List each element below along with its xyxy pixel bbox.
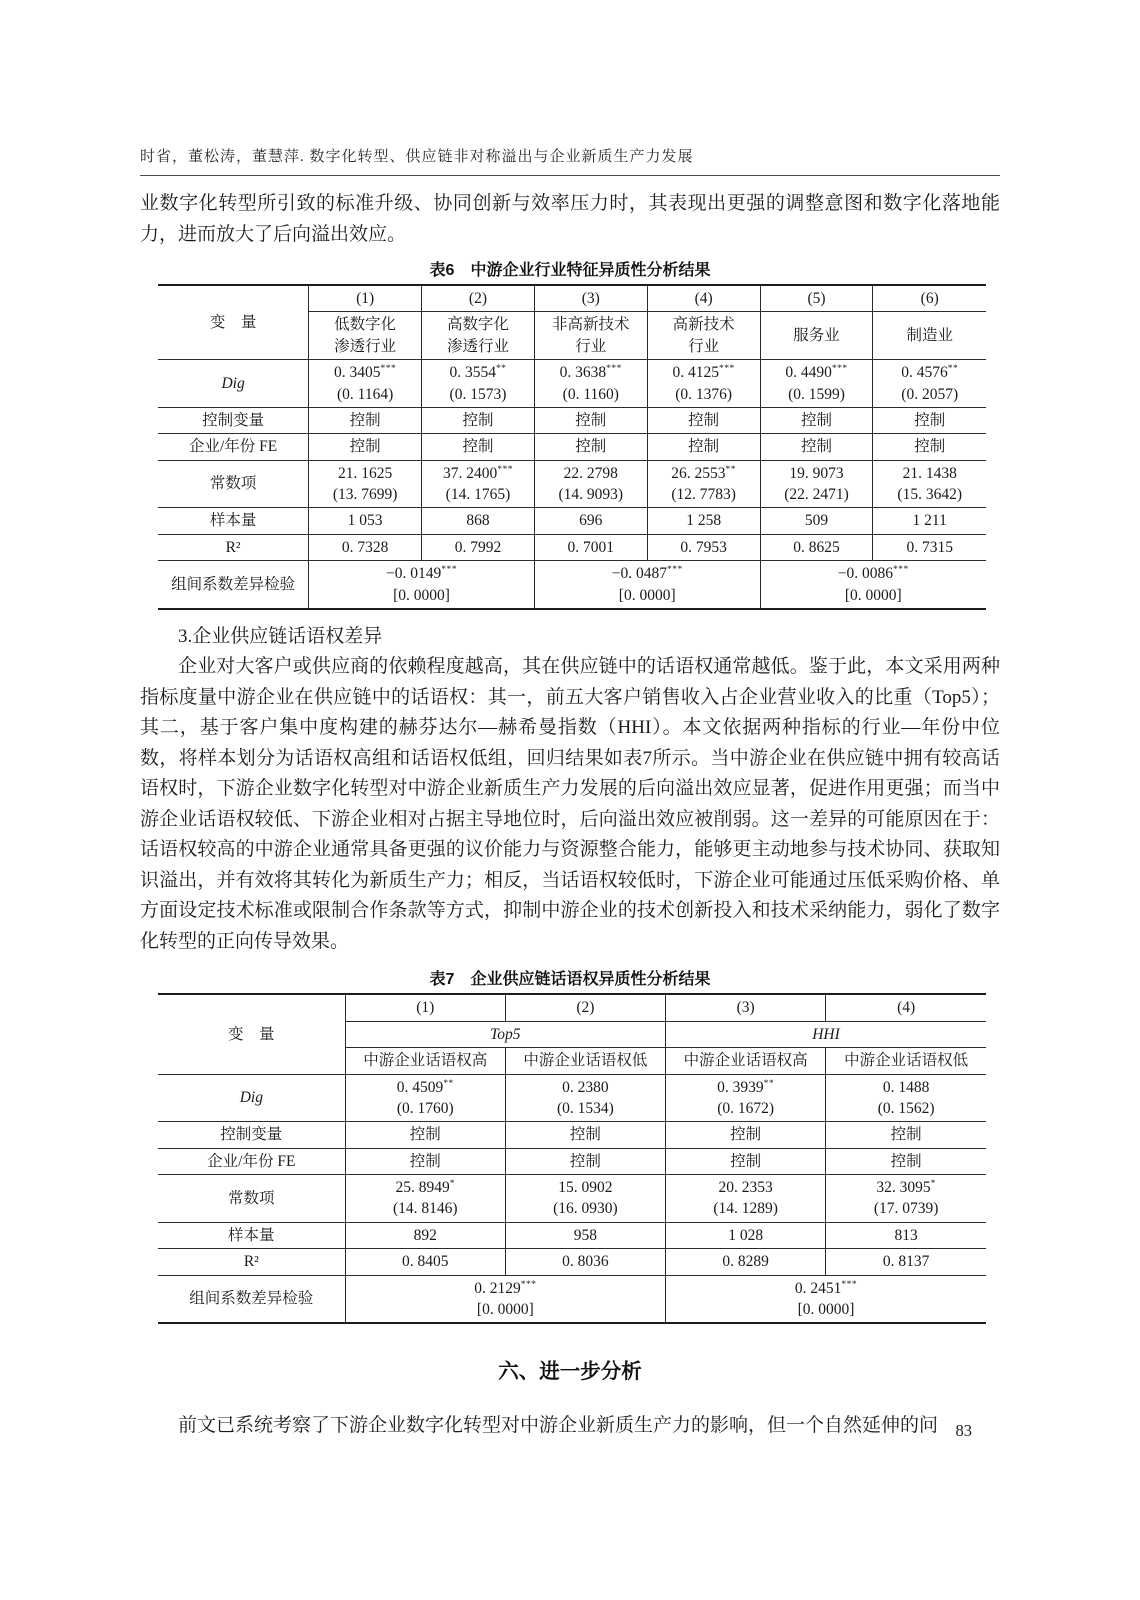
paper-page: 时省，董松涛，董慧萍. 数字化转型、供应链非对称溢出与企业新质生产力发展 业数字… <box>0 0 1140 1600</box>
table-cell: 控制 <box>309 434 422 460</box>
text-column: 时省，董松涛，董慧萍. 数字化转型、供应链非对称溢出与企业新质生产力发展 业数字… <box>140 145 1000 1442</box>
table-cell: 0. 4125***(0. 1376) <box>647 360 760 408</box>
table-cell: 0. 2451***[0. 0000] <box>666 1275 986 1323</box>
table-cell: 892 <box>345 1222 505 1248</box>
table-header-cell: 高数字化 渗透行业 <box>422 312 535 360</box>
closing-paragraph: 前文已系统考察了下游企业数字化转型对中游企业新质生产力的影响，但一个自然延伸的问 <box>140 1411 1000 1442</box>
row-label: Dig <box>158 1074 345 1122</box>
table-cell: 0. 8137 <box>826 1249 986 1275</box>
row-label: R² <box>158 1249 345 1275</box>
table-cell: −0. 0149***[0. 0000] <box>309 561 535 609</box>
table-cell: 868 <box>422 508 535 534</box>
table-cell: 21. 1625(13. 7699) <box>309 460 422 508</box>
table-cell: 控制 <box>505 1122 665 1148</box>
table-cell: 0. 8289 <box>666 1249 826 1275</box>
row-label: 常数项 <box>158 460 309 508</box>
table-cell: 19. 9073(22. 2471) <box>760 460 873 508</box>
table-cell: 0. 3554**(0. 1573) <box>422 360 535 408</box>
table-cell: 控制 <box>826 1148 986 1174</box>
table-cell: 0. 3405***(0. 1164) <box>309 360 422 408</box>
table-cell: 控制 <box>760 407 873 433</box>
row-label: 企业/年份 FE <box>158 1148 345 1174</box>
table-header-cell: 非高新技术 行业 <box>534 312 647 360</box>
table-cell: 0. 4576**(0. 2057) <box>873 360 986 408</box>
table-cell: 控制 <box>422 407 535 433</box>
table-header-cell: 中游企业话语权低 <box>826 1048 986 1074</box>
table-header-cell: (3) <box>666 994 826 1021</box>
row-label: 控制变量 <box>158 407 309 433</box>
table-cell: 37. 2400***(14. 1765) <box>422 460 535 508</box>
table-cell: 控制 <box>505 1148 665 1174</box>
paragraph-body: 企业对大客户或供应商的依赖程度越高，其在供应链中的话语权通常越低。鉴于此，本文采… <box>140 652 1000 957</box>
table-header-cell: (2) <box>505 994 665 1021</box>
table-header-cell: 变 量 <box>158 994 345 1074</box>
row-label: 控制变量 <box>158 1122 345 1148</box>
table-cell: 1 028 <box>666 1222 826 1248</box>
table-cell: 813 <box>826 1222 986 1248</box>
table-header-cell: (5) <box>760 285 873 312</box>
table-header-cell: (4) <box>647 285 760 312</box>
table-cell: 控制 <box>345 1148 505 1174</box>
table-cell: 控制 <box>666 1148 826 1174</box>
table-header-cell: 服务业 <box>760 312 873 360</box>
table-cell: 控制 <box>345 1122 505 1148</box>
table-cell: 0. 7001 <box>534 534 647 560</box>
table-header-cell: 变 量 <box>158 285 309 360</box>
section-heading: 六、进一步分析 <box>140 1354 1000 1384</box>
table-cell: 控制 <box>534 407 647 433</box>
table-cell: 0. 7992 <box>422 534 535 560</box>
table-cell: 控制 <box>826 1122 986 1148</box>
table-header-cell: (2) <box>422 285 535 312</box>
table-header-cell: Top5 <box>345 1021 665 1047</box>
table-cell: 0. 7953 <box>647 534 760 560</box>
row-label: 样本量 <box>158 1222 345 1248</box>
table-cell: 控制 <box>760 434 873 460</box>
table-cell: 0. 4490***(0. 1599) <box>760 360 873 408</box>
table-cell: 控制 <box>422 434 535 460</box>
row-label: 组间系数差异检验 <box>158 561 309 609</box>
table6: 变 量(1)(2)(3)(4)(5)(6)低数字化 渗透行业高数字化 渗透行业非… <box>158 284 986 610</box>
table-cell: 控制 <box>647 407 760 433</box>
table-header-cell: 中游企业话语权高 <box>345 1048 505 1074</box>
table6-caption: 表6 中游企业行业特征异质性分析结果 <box>140 257 1000 280</box>
table-cell: 0. 3939**(0. 1672) <box>666 1074 826 1122</box>
page-number: 83 <box>956 1421 973 1441</box>
table-cell: 22. 2798(14. 9093) <box>534 460 647 508</box>
table-cell: 0. 3638***(0. 1160) <box>534 360 647 408</box>
table-cell: 0. 8036 <box>505 1249 665 1275</box>
table7-caption: 表7 企业供应链话语权异质性分析结果 <box>140 966 1000 989</box>
table-cell: 0. 8625 <box>760 534 873 560</box>
table-cell: 0. 8405 <box>345 1249 505 1275</box>
table-cell: 696 <box>534 508 647 534</box>
table-cell: 控制 <box>647 434 760 460</box>
table-cell: 958 <box>505 1222 665 1248</box>
table-header-cell: (4) <box>826 994 986 1021</box>
table-cell: 控制 <box>873 434 986 460</box>
table-header-cell: 中游企业话语权低 <box>505 1048 665 1074</box>
row-label: 常数项 <box>158 1175 345 1223</box>
table-cell: 0. 4509**(0. 1760) <box>345 1074 505 1122</box>
row-label: 企业/年份 FE <box>158 434 309 460</box>
table-cell: 1 258 <box>647 508 760 534</box>
paragraph-intro: 业数字化转型所引致的标准升级、协同创新与效率压力时，其表现出更强的调整意图和数字… <box>140 189 1000 250</box>
table-cell: 20. 2353(14. 1289) <box>666 1175 826 1223</box>
row-label: R² <box>158 534 309 560</box>
table-cell: 1 053 <box>309 508 422 534</box>
table-header-cell: HHI <box>666 1021 986 1047</box>
table-header-cell: (6) <box>873 285 986 312</box>
table-cell: 32. 3095*(17. 0739) <box>826 1175 986 1223</box>
table-cell: 15. 0902(16. 0930) <box>505 1175 665 1223</box>
table-cell: 0. 1488(0. 1562) <box>826 1074 986 1122</box>
table-cell: 0. 7328 <box>309 534 422 560</box>
row-label: 组间系数差异检验 <box>158 1275 345 1323</box>
table-cell: 1 211 <box>873 508 986 534</box>
table-header-cell: 高新技术 行业 <box>647 312 760 360</box>
table-cell: 0. 2129***[0. 0000] <box>345 1275 665 1323</box>
table-cell: 0. 7315 <box>873 534 986 560</box>
subsection-title: 3.企业供应链话语权差异 <box>140 622 1000 653</box>
table-cell: −0. 0086***[0. 0000] <box>760 561 986 609</box>
running-header: 时省，董松涛，董慧萍. 数字化转型、供应链非对称溢出与企业新质生产力发展 <box>140 145 1000 176</box>
table-cell: 26. 2553**(12. 7783) <box>647 460 760 508</box>
table-header-cell: 制造业 <box>873 312 986 360</box>
table-header-cell: 中游企业话语权高 <box>666 1048 826 1074</box>
table-header-cell: (1) <box>345 994 505 1021</box>
table7: 变 量(1)(2)(3)(4)Top5HHI中游企业话语权高中游企业话语权低中游… <box>158 993 986 1324</box>
table-cell: 0. 2380(0. 1534) <box>505 1074 665 1122</box>
table-header-cell: (1) <box>309 285 422 312</box>
table-cell: 21. 1438(15. 3642) <box>873 460 986 508</box>
table-cell: 控制 <box>873 407 986 433</box>
table-cell: −0. 0487***[0. 0000] <box>534 561 760 609</box>
table-cell: 控制 <box>666 1122 826 1148</box>
table-cell: 509 <box>760 508 873 534</box>
row-label: Dig <box>158 360 309 408</box>
table-header-cell: (3) <box>534 285 647 312</box>
table-cell: 25. 8949*(14. 8146) <box>345 1175 505 1223</box>
table-cell: 控制 <box>309 407 422 433</box>
table-header-cell: 低数字化 渗透行业 <box>309 312 422 360</box>
table-cell: 控制 <box>534 434 647 460</box>
row-label: 样本量 <box>158 508 309 534</box>
